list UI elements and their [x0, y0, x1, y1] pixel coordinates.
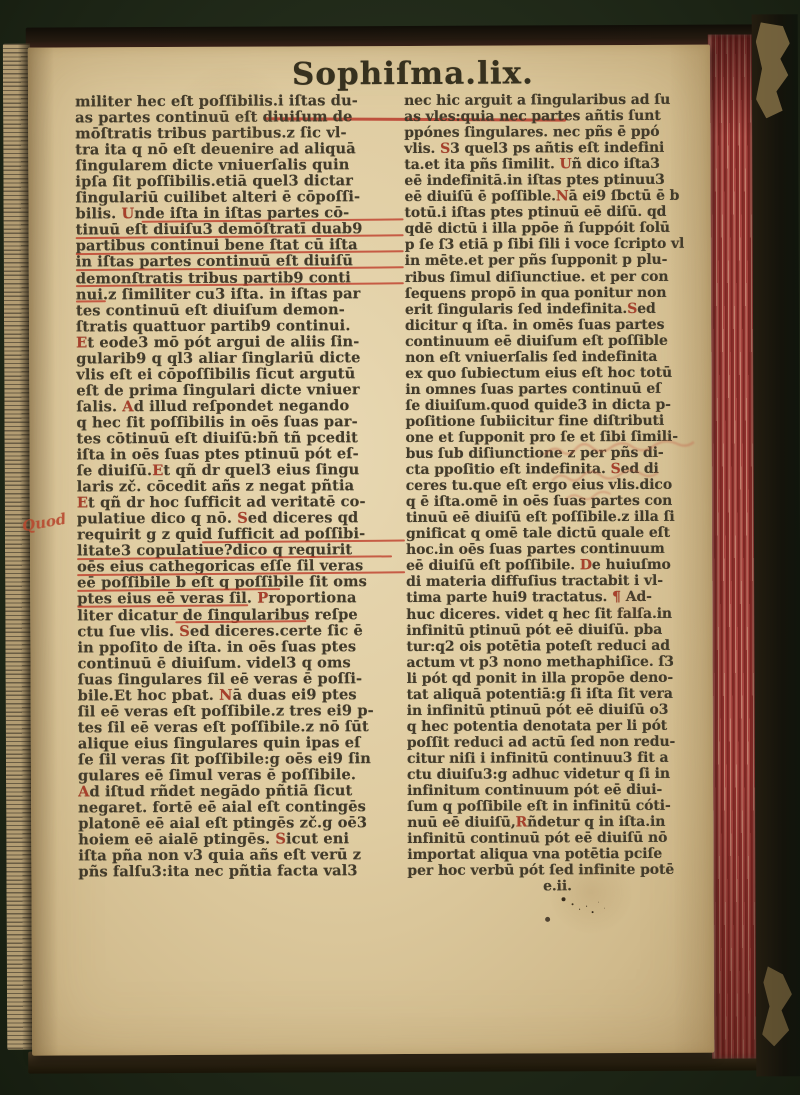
text-line: hoc.in oēs ſuas partes continuum: [406, 541, 706, 558]
text-line: tur:q2 ois potētia poteſt reduci ad: [406, 637, 706, 654]
text-line: ppónes ſingulares. nec pñs ē ppó: [404, 124, 704, 141]
rubricated-initial: ¶: [612, 589, 621, 605]
text-line: ta.et ita pñs ſimilit. Uñ dico iſta3: [404, 156, 704, 173]
text-line: as vles:quia nec partes añtis ſunt: [404, 108, 704, 125]
text-line: tinuū eē diuiſū eſt poſſibile.z illa ſi: [406, 509, 706, 526]
text-line: ſum q poſſibile eſt in infinitū cóti-: [407, 798, 707, 815]
text-line: vlis. S3 quel3 ps añtis eſt indefini: [404, 140, 704, 157]
rubricated-initial: S: [237, 510, 248, 527]
text-line: non eſt vniuerſalis ſed indefinita: [405, 348, 705, 365]
text-line: huc diceres. videt q hec ſit falſa.in: [406, 605, 706, 622]
text-line: in omnes ſuas partes continuū eſ: [405, 381, 705, 398]
text-line: eē diuiſū ē poſſible.Nā ei9 ſbctū ē b: [404, 188, 704, 205]
rubricated-initial: P: [257, 590, 268, 607]
book: Sophiſma.lix. militer hec eſt poſſibilis…: [0, 0, 800, 1095]
text-line: poſſit reduci ad actū ſed non redu-: [407, 734, 707, 751]
text-line: per hoc verbū pót ſed infinite potē: [407, 862, 707, 879]
rubricated-initial: U: [559, 156, 571, 172]
text-line: nui.z ſimiliter cu3 iſta. in iſtas par: [76, 286, 404, 303]
rubricated-initial: N: [556, 189, 569, 205]
text-line: in mēte.et per pñs ſupponit p plu-: [405, 252, 705, 269]
text-line: gnificat q omē tale dictū quale eſt: [406, 525, 706, 542]
rubricated-initial: S: [627, 301, 637, 317]
text-line: in infinitū ptinuū pót eē diuiſū o3: [407, 701, 707, 718]
text-line: nuū eē diuiſū,Rñdetur q in iſta.in: [407, 814, 707, 831]
rubricated-initial: A: [78, 783, 90, 800]
text-line: poſitione ſubiicitur fine diſtributi: [405, 413, 705, 430]
text-line: citur niſi i infinitū continuu3 fit a: [407, 750, 707, 767]
text-line: tes continuū eſt diuiſum demon-: [76, 302, 404, 319]
text-line: infinitū ptinuū pót eē diuiſū. pba: [406, 621, 706, 638]
rubricated-initial: A: [122, 398, 134, 415]
text-line: continuum eē diuiſum eſt poſſible: [405, 332, 705, 349]
text-line: totū.i iſtas ptes ptinuū eē diſū. qd: [405, 204, 705, 221]
text-line: in ppoſito de iſta. in oēs ſuas ptes: [77, 639, 405, 656]
faint-red-marginalia: [539, 427, 714, 511]
text-line: ctu diuiſu3:g adhuc videtur q ſi in: [407, 766, 707, 783]
text-line: tat aliquā potentiā:g ſi iſta ſit vera: [407, 685, 707, 702]
text-line: dicitur q iſta. in omēs ſuas partes: [405, 316, 705, 333]
text-line: importat aliqua vna potētia pciſe: [407, 846, 707, 863]
rubricated-initial: U: [121, 205, 134, 222]
text-line: pñs falſu3:ita nec pñtia facta val3: [78, 863, 406, 880]
text-line: li pót qd ponit in illa propōe deno-: [407, 669, 707, 686]
text-line: p ſe ſ3 etiā p ſibi ſili i voce ſcripto …: [405, 236, 705, 253]
rubricated-initial: S: [440, 141, 450, 157]
text-line: e.ii.: [407, 878, 707, 895]
text-line: di materia diffuſius tractabit i vl-: [406, 573, 706, 590]
text-line: eē diuiſū eſt poſſibile. De huiuſmo: [406, 557, 706, 574]
text-line: qdē dictū i illa ppōe ñ ſuppóit ſolū: [405, 220, 705, 237]
text-line: eē indefinitā.in iſtas ptes ptinuu3: [404, 172, 704, 189]
text-line: ſequens propō in qua ponitur non: [405, 284, 705, 301]
book-right-board: [752, 14, 800, 1076]
rubricated-initial: S: [275, 831, 286, 848]
rubricated-initial: N: [219, 686, 233, 703]
rubricated-initial: E: [77, 495, 88, 512]
text-line: actum vt p3 nono methaphiſice. ſ3: [406, 653, 706, 670]
rubricated-initial: S: [179, 622, 190, 639]
text-line: ribus ſimul diſiunctiue. et per con: [405, 268, 705, 285]
rubricated-initial: R: [516, 815, 528, 831]
text-line: tima parte hui9 tractatus. ¶ Ad-: [406, 589, 706, 606]
rubricated-initial: E: [76, 334, 87, 351]
text-line: erit ſingularis ſed indefinita.Sed: [405, 300, 705, 317]
text-line: infinitum continuum pót eē diui-: [407, 782, 707, 799]
rubricated-initial: D: [580, 558, 592, 574]
ink-specks: [562, 897, 566, 901]
book-photograph: Sophiſma.lix. militer hec eſt poſſibilis…: [0, 0, 800, 1095]
text-line: nec hic arguit a ſingularibus ad ſu: [404, 92, 704, 109]
text-line: ex quo ſubiectum eius eſt hoc totū: [405, 364, 705, 381]
printed-page: Sophiſma.lix. militer hec eſt poſſibilis…: [28, 45, 714, 1056]
text-line: in iſtas partes continuū eſt diuiſū: [76, 253, 404, 270]
text-column-left: militer hec eſt poſſibilis.i iſtas du-as…: [75, 93, 406, 881]
text-line: ſe diuiſum.quod quide3 in dicta p-: [405, 397, 705, 414]
text-line: eſt de prima ſingulari dicte vniuer: [76, 382, 404, 399]
rubricated-initial: E: [152, 462, 163, 479]
running-title: Sophiſma.lix.: [233, 55, 593, 93]
text-line: q hec potentia denotata per li pót: [407, 717, 707, 734]
text-line: infinitū continuū pót eē diuiſū nō: [407, 830, 707, 847]
